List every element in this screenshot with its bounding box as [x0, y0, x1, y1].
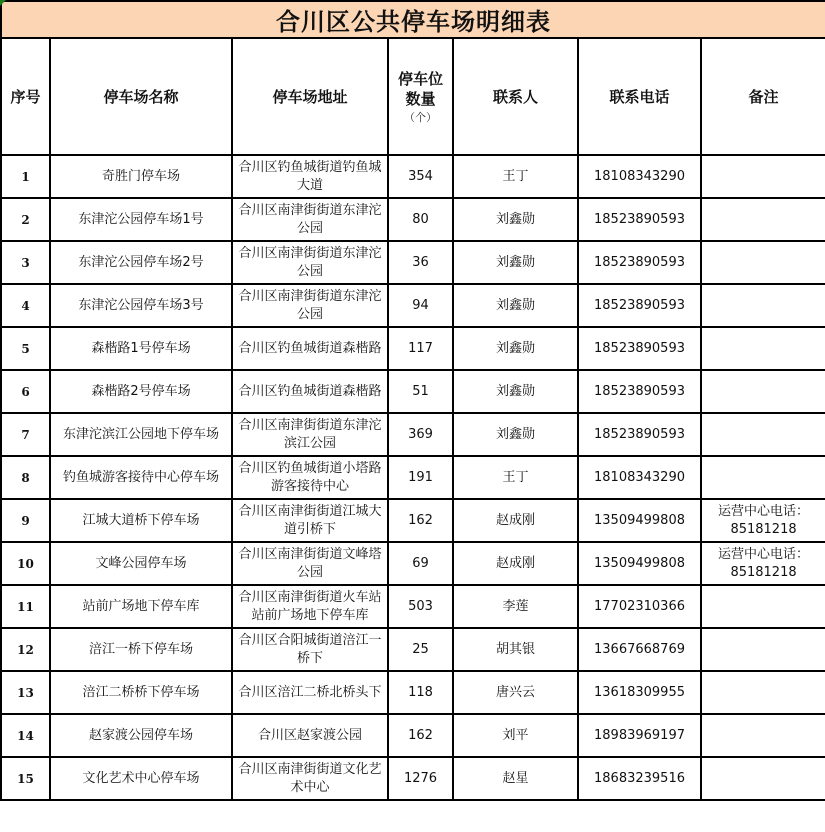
row-index[interactable]: 3: [1, 241, 50, 284]
row-note[interactable]: [701, 241, 825, 284]
row-index[interactable]: 1: [1, 155, 50, 198]
row-contact[interactable]: 刘鑫勋: [453, 327, 578, 370]
row-index[interactable]: 4: [1, 284, 50, 327]
table-row: 12涪江一桥下停车场合川区合阳城街道涪江一桥下25胡其银13667668769: [1, 628, 825, 671]
row-address[interactable]: 合川区涪江二桥北桥头下: [232, 671, 388, 714]
row-note[interactable]: [701, 284, 825, 327]
row-contact[interactable]: 李莲: [453, 585, 578, 628]
row-note[interactable]: [701, 456, 825, 499]
header-name[interactable]: 停车场名称: [50, 38, 232, 155]
row-address[interactable]: 合川区南津街街道江城大道引桥下: [232, 499, 388, 542]
row-phone[interactable]: 18523890593: [578, 370, 701, 413]
row-spaces[interactable]: 25: [388, 628, 453, 671]
row-spaces[interactable]: 1276: [388, 757, 453, 800]
row-spaces[interactable]: 69: [388, 542, 453, 585]
row-phone[interactable]: 18523890593: [578, 241, 701, 284]
row-spaces[interactable]: 118: [388, 671, 453, 714]
row-contact[interactable]: 刘鑫勋: [453, 284, 578, 327]
row-address[interactable]: 合川区南津街街道东津沱公园: [232, 284, 388, 327]
row-contact[interactable]: 唐兴云: [453, 671, 578, 714]
row-phone[interactable]: 13509499808: [578, 499, 701, 542]
row-name[interactable]: 东津沱公园停车场3号: [50, 284, 232, 327]
table-row: 4东津沱公园停车场3号合川区南津街街道东津沱公园94刘鑫勋18523890593: [1, 284, 825, 327]
header-spaces[interactable]: 停车位数量（个）: [388, 38, 453, 155]
header-spaces-label: 停车位数量: [397, 69, 445, 109]
row-spaces[interactable]: 354: [388, 155, 453, 198]
row-name[interactable]: 文化艺术中心停车场: [50, 757, 232, 800]
row-index[interactable]: 12: [1, 628, 50, 671]
row-phone[interactable]: 18523890593: [578, 413, 701, 456]
row-name[interactable]: 赵家渡公园停车场: [50, 714, 232, 757]
table-row: 10文峰公园停车场合川区南津街街道文峰塔公园69赵成刚13509499808运营…: [1, 542, 825, 585]
row-phone[interactable]: 18683239516: [578, 757, 701, 800]
row-name[interactable]: 站前广场地下停车库: [50, 585, 232, 628]
table-row: 2东津沱公园停车场1号合川区南津街街道东津沱公园80刘鑫勋18523890593: [1, 198, 825, 241]
table-row: 9江城大道桥下停车场合川区南津街街道江城大道引桥下162赵成刚135094998…: [1, 499, 825, 542]
row-phone[interactable]: 13509499808: [578, 542, 701, 585]
row-spaces[interactable]: 191: [388, 456, 453, 499]
row-name[interactable]: 森楷路1号停车场: [50, 327, 232, 370]
table-row: 3东津沱公园停车场2号合川区南津街街道东津沱公园36刘鑫勋18523890593: [1, 241, 825, 284]
row-index[interactable]: 6: [1, 370, 50, 413]
header-note[interactable]: 备注: [701, 38, 825, 155]
row-address[interactable]: 合川区南津街街道文峰塔公园: [232, 542, 388, 585]
row-name[interactable]: 奇胜门停车场: [50, 155, 232, 198]
row-index[interactable]: 15: [1, 757, 50, 800]
row-contact[interactable]: 赵成刚: [453, 542, 578, 585]
row-contact[interactable]: 刘平: [453, 714, 578, 757]
row-address[interactable]: 合川区钓鱼城街道小塔路游客接待中心: [232, 456, 388, 499]
row-note[interactable]: [701, 370, 825, 413]
row-spaces[interactable]: 369: [388, 413, 453, 456]
row-index[interactable]: 2: [1, 198, 50, 241]
row-contact[interactable]: 胡其银: [453, 628, 578, 671]
table-row: 1奇胜门停车场合川区钓鱼城街道钓鱼城大道354王丁18108343290: [1, 155, 825, 198]
header-contact[interactable]: 联系人: [453, 38, 578, 155]
row-address[interactable]: 合川区南津街街道东津沱公园: [232, 241, 388, 284]
row-spaces[interactable]: 162: [388, 714, 453, 757]
spreadsheet: 合川区公共停车场明细表 序号 停车场名称 停车场地址 停车位数量（个） 联系人 …: [0, 0, 825, 832]
row-contact[interactable]: 刘鑫勋: [453, 241, 578, 284]
cell-marker-icon: [0, 0, 6, 6]
header-address[interactable]: 停车场地址: [232, 38, 388, 155]
row-index[interactable]: 8: [1, 456, 50, 499]
row-note[interactable]: 运营中心电话：85181218: [701, 499, 825, 542]
row-address[interactable]: 合川区钓鱼城街道森楷路: [232, 327, 388, 370]
row-note[interactable]: [701, 198, 825, 241]
row-note[interactable]: [701, 155, 825, 198]
table-row: 5森楷路1号停车场合川区钓鱼城街道森楷路117刘鑫勋18523890593: [1, 327, 825, 370]
row-spaces[interactable]: 51: [388, 370, 453, 413]
row-note[interactable]: [701, 671, 825, 714]
row-note[interactable]: [701, 413, 825, 456]
row-note[interactable]: [701, 757, 825, 800]
row-address[interactable]: 合川区赵家渡公园: [232, 714, 388, 757]
row-index[interactable]: 10: [1, 542, 50, 585]
row-phone[interactable]: 18108343290: [578, 456, 701, 499]
header-index[interactable]: 序号: [1, 38, 50, 155]
table-row: 8钓鱼城游客接待中心停车场合川区钓鱼城街道小塔路游客接待中心191王丁18108…: [1, 456, 825, 499]
row-note[interactable]: [701, 628, 825, 671]
row-name[interactable]: 东津沱公园停车场2号: [50, 241, 232, 284]
row-name[interactable]: 江城大道桥下停车场: [50, 499, 232, 542]
row-index[interactable]: 5: [1, 327, 50, 370]
row-address[interactable]: 合川区合阳城街道涪江一桥下: [232, 628, 388, 671]
header-phone[interactable]: 联系电话: [578, 38, 701, 155]
row-name[interactable]: 涪江一桥下停车场: [50, 628, 232, 671]
row-index[interactable]: 9: [1, 499, 50, 542]
row-phone[interactable]: 18108343290: [578, 155, 701, 198]
row-index[interactable]: 13: [1, 671, 50, 714]
row-name[interactable]: 钓鱼城游客接待中心停车场: [50, 456, 232, 499]
row-note[interactable]: [701, 585, 825, 628]
table-row: 11站前广场地下停车库合川区南津街街道火车站站前广场地下停车库503李莲1770…: [1, 585, 825, 628]
row-contact[interactable]: 王丁: [453, 456, 578, 499]
table-row: 13涪江二桥桥下停车场合川区涪江二桥北桥头下118唐兴云13618309955: [1, 671, 825, 714]
row-contact[interactable]: 王丁: [453, 155, 578, 198]
row-contact[interactable]: 赵成刚: [453, 499, 578, 542]
parking-table: 合川区公共停车场明细表 序号 停车场名称 停车场地址 停车位数量（个） 联系人 …: [0, 0, 825, 801]
table-row: 14赵家渡公园停车场合川区赵家渡公园162刘平18983969197: [1, 714, 825, 757]
row-index[interactable]: 7: [1, 413, 50, 456]
row-address[interactable]: 合川区南津街街道东津沱公园: [232, 198, 388, 241]
row-spaces[interactable]: 162: [388, 499, 453, 542]
row-spaces[interactable]: 36: [388, 241, 453, 284]
row-phone[interactable]: 18523890593: [578, 327, 701, 370]
row-address[interactable]: 合川区钓鱼城街道钓鱼城大道: [232, 155, 388, 198]
row-address[interactable]: 合川区南津街街道文化艺术中心: [232, 757, 388, 800]
table-row: 6森楷路2号停车场合川区钓鱼城街道森楷路51刘鑫勋18523890593: [1, 370, 825, 413]
row-phone[interactable]: 18523890593: [578, 284, 701, 327]
row-spaces[interactable]: 80: [388, 198, 453, 241]
row-index[interactable]: 14: [1, 714, 50, 757]
row-name[interactable]: 东津沱公园停车场1号: [50, 198, 232, 241]
row-address[interactable]: 合川区钓鱼城街道森楷路: [232, 370, 388, 413]
sheet-title[interactable]: 合川区公共停车场明细表: [1, 1, 825, 38]
row-name[interactable]: 文峰公园停车场: [50, 542, 232, 585]
row-name[interactable]: 涪江二桥桥下停车场: [50, 671, 232, 714]
row-address[interactable]: 合川区南津街街道东津沱滨江公园: [232, 413, 388, 456]
row-phone[interactable]: 13618309955: [578, 671, 701, 714]
row-name[interactable]: 森楷路2号停车场: [50, 370, 232, 413]
table-row: 7东津沱滨江公园地下停车场合川区南津街街道东津沱滨江公园369刘鑫勋185238…: [1, 413, 825, 456]
header-row: 序号 停车场名称 停车场地址 停车位数量（个） 联系人 联系电话 备注: [1, 38, 825, 155]
row-note[interactable]: 运营中心电话：85181218: [701, 542, 825, 585]
row-contact[interactable]: 刘鑫勋: [453, 370, 578, 413]
row-address[interactable]: 合川区南津街街道火车站站前广场地下停车库: [232, 585, 388, 628]
header-spaces-unit: （个）: [389, 109, 452, 125]
row-phone[interactable]: 17702310366: [578, 585, 701, 628]
row-spaces[interactable]: 94: [388, 284, 453, 327]
row-phone[interactable]: 18523890593: [578, 198, 701, 241]
row-note[interactable]: [701, 327, 825, 370]
row-note[interactable]: [701, 714, 825, 757]
row-index[interactable]: 11: [1, 585, 50, 628]
row-contact[interactable]: 刘鑫勋: [453, 413, 578, 456]
table-row: 15文化艺术中心停车场合川区南津街街道文化艺术中心1276赵星186832395…: [1, 757, 825, 800]
row-spaces[interactable]: 117: [388, 327, 453, 370]
row-contact[interactable]: 赵星: [453, 757, 578, 800]
row-contact[interactable]: 刘鑫勋: [453, 198, 578, 241]
row-spaces[interactable]: 503: [388, 585, 453, 628]
row-phone[interactable]: 13667668769: [578, 628, 701, 671]
row-phone[interactable]: 18983969197: [578, 714, 701, 757]
row-name[interactable]: 东津沱滨江公园地下停车场: [50, 413, 232, 456]
